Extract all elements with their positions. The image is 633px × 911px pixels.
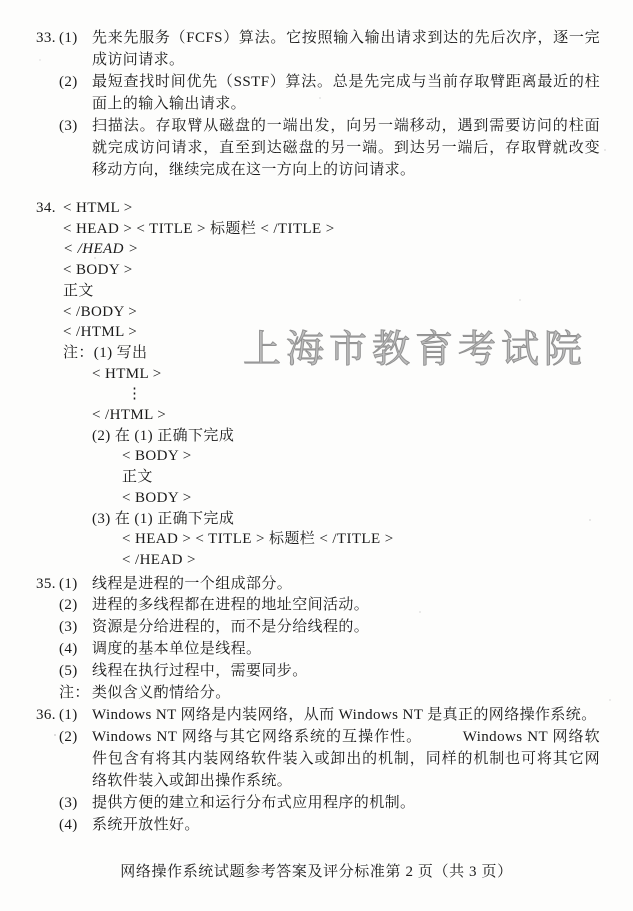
item-label: (2)	[59, 595, 78, 617]
item-text: 系统开放性好。	[92, 817, 200, 833]
question-number: 35.	[36, 574, 56, 596]
answer-item: (2) 进程的多线程都在进程的地址空间活动。	[92, 595, 600, 617]
html-code-line: < HEAD > < TITLE > 标题栏 < /TITLE >	[63, 219, 603, 240]
page-footer: 网络操作系统试题参考答案及评分标准第 2 页（共 3 页）	[0, 860, 633, 881]
note-intro: 注：(1) 写出	[63, 343, 603, 364]
answer-item: (2) Windows NT 网络与其它网络系统的互操作性。 Windows N…	[92, 727, 600, 793]
vertical-ellipsis: ⋮	[127, 384, 603, 405]
html-code-line: 正文	[122, 467, 603, 488]
html-code-line: < BODY >	[122, 446, 603, 467]
answer-item: (3) 资源是分给进程的，而不是分给线程的。	[92, 617, 600, 639]
html-code-line: < /HTML >	[92, 405, 603, 426]
answer-item: (4) 系统开放性好。	[92, 815, 600, 837]
item-label: (2)	[59, 71, 78, 93]
item-text: 调度的基本单位是线程。	[92, 641, 261, 657]
item-label: (1)	[59, 27, 78, 49]
html-code-line: < HTML >	[63, 198, 603, 219]
item-label: (4)	[59, 815, 78, 837]
html-code-line: < HEAD > < TITLE > 标题栏 < /TITLE >	[122, 529, 603, 550]
item-text: 资源是分给进程的，而不是分给线程的。	[92, 619, 369, 635]
item-text: 线程是进程的一个组成部分。	[92, 576, 292, 592]
item-text: Windows NT 网络与其它网络系统的互操作性。 Windows NT 网络…	[92, 729, 600, 789]
question-35: 35. (1) 线程是进程的一个组成部分。 (2) 进程的多线程都在进程的地址空…	[0, 574, 600, 705]
item-label: (5)	[59, 661, 78, 683]
item-text: 提供方便的建立和运行分布式应用程序的机制。	[92, 795, 415, 811]
html-code-line: < /HTML >	[63, 322, 603, 343]
item-text: 进程的多线程都在进程的地址空间活动。	[92, 597, 369, 613]
answer-item: (3) 提供方便的建立和运行分布式应用程序的机制。	[92, 793, 600, 815]
item-text: Windows NT 网络是内装网络，从而 Windows NT 是真正的网络操…	[92, 707, 597, 723]
html-code-line: < BODY >	[63, 260, 603, 281]
answer-item: (2) 最短查找时间优先（SSTF）算法。总是先完成与当前存取臂距离最近的柱面上…	[92, 71, 600, 115]
item-text: 最短查找时间优先（SSTF）算法。总是先完成与当前存取臂距离最近的柱面上的输入输…	[92, 74, 600, 112]
answer-item: (4) 调度的基本单位是线程。	[92, 639, 600, 661]
question-number: 36.	[36, 705, 56, 727]
note-head: (3) 在 (1) 正确下完成	[92, 509, 603, 530]
answer-item: (3) 扫描法。存取臂从磁盘的一端出发，向另一端移动，遇到需要访问的柱面就完成访…	[92, 115, 600, 181]
item-label: (3)	[59, 115, 78, 137]
question-33: 33. (1) 先来先服务（FCFS）算法。它按照输入输出请求到达的先后次序，逐…	[0, 27, 600, 181]
answer-item: (1) Windows NT 网络是内装网络，从而 Windows NT 是真正…	[92, 705, 600, 727]
item-label: (1)	[59, 574, 78, 596]
item-label: (3)	[59, 793, 78, 815]
html-code-line: < /BODY >	[63, 302, 603, 323]
html-code-line: < /HEAD >	[122, 550, 603, 571]
question-number: 34.	[36, 198, 56, 219]
item-label: (2)	[59, 727, 78, 749]
answer-item: (1) 线程是进程的一个组成部分。	[92, 574, 600, 596]
note-item: 注： 类似含义酌情给分。	[92, 683, 600, 705]
question-34: 34. < HTML > < HEAD > < TITLE > 标题栏 < /T…	[0, 198, 603, 571]
item-label: (4)	[59, 639, 78, 661]
html-code-line: 正文	[63, 281, 603, 302]
scanned-exam-answer-page: 上海市教育考试院 33. (1) 先来先服务（FCFS）算法。它按照输入输出请求…	[0, 0, 633, 911]
html-code-line: < HTML >	[92, 364, 603, 385]
answer-item: (1) 先来先服务（FCFS）算法。它按照输入输出请求到达的先后次序，逐一完成访…	[92, 27, 600, 71]
html-code-line: < BODY >	[122, 488, 603, 509]
item-label: (1)	[59, 705, 78, 727]
item-label: (3)	[59, 617, 78, 639]
question-number: 33.	[36, 27, 56, 49]
note-head: (2) 在 (1) 正确下完成	[92, 426, 603, 447]
item-text: 扫描法。存取臂从磁盘的一端出发，向另一端移动，遇到需要访问的柱面就完成访问请求，…	[92, 118, 600, 178]
item-text: 先来先服务（FCFS）算法。它按照输入输出请求到达的先后次序，逐一完成访问请求。	[92, 30, 600, 68]
note-text: 类似含义酌情给分。	[92, 685, 231, 701]
item-text: 线程在执行过程中，需要同步。	[92, 663, 308, 679]
html-code-line: < /HEAD >	[63, 239, 603, 260]
question-36: 36. (1) Windows NT 网络是内装网络，从而 Windows NT…	[0, 705, 600, 836]
note-label: 注：	[59, 683, 90, 705]
answer-item: (5) 线程在执行过程中，需要同步。	[92, 661, 600, 683]
